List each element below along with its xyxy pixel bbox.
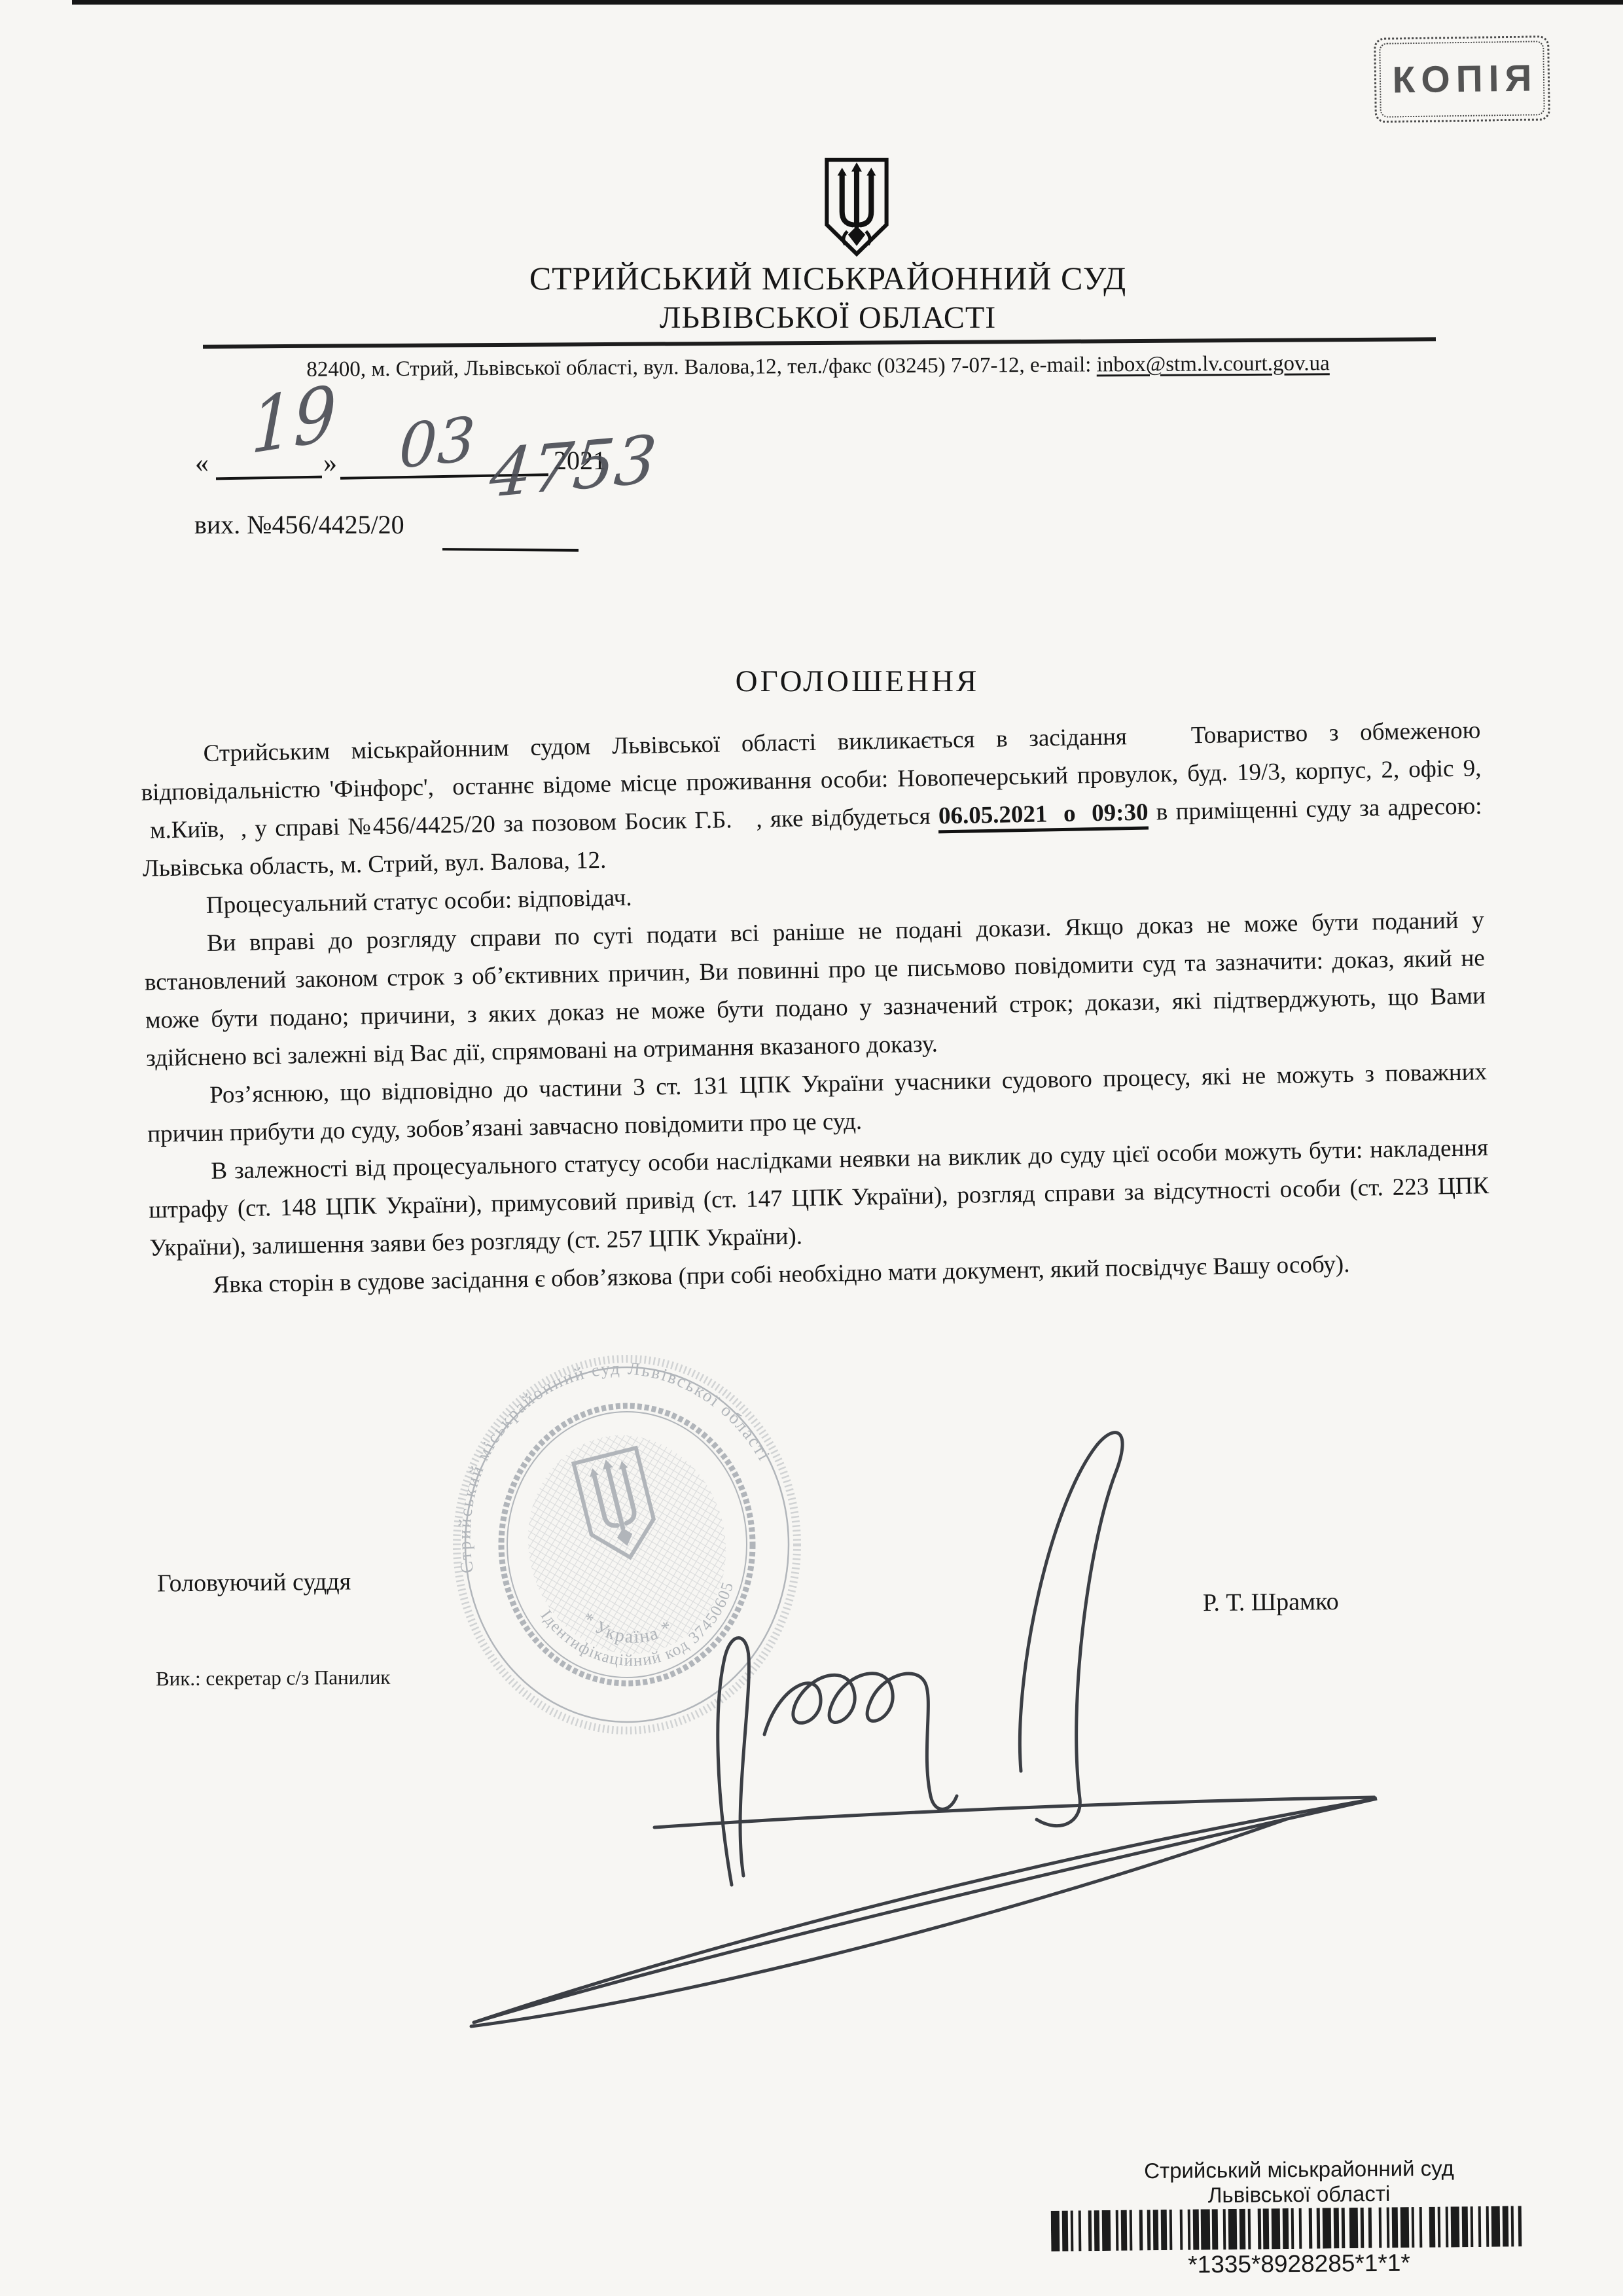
copy-stamp: КОПІЯ — [1374, 35, 1550, 123]
hearing-datetime: 06.05.2021 о 09:30 — [938, 799, 1149, 834]
footer-court-name: Стрийський міськрайонний суд — [1096, 2155, 1502, 2183]
handwritten-month: 03 — [398, 404, 476, 482]
court-name-line2: ЛЬВІВСЬКОЇ ОБЛАСТІ — [471, 300, 1185, 336]
document-title: ОГОЛОШЕННЯ — [720, 664, 995, 699]
court-round-seal: Стрийський міськрайонний суд Львівської … — [429, 1335, 825, 1754]
ukraine-trident-emblem-icon — [818, 157, 895, 257]
paragraph-evidence: Ви вправі до розгляду справи по суті под… — [143, 901, 1486, 1077]
summons-text-start: Стрийським міськрайонним судом Львівсько… — [141, 717, 1481, 844]
scanner-edge-artifact — [72, 0, 1623, 5]
document-barcode — [1051, 2206, 1534, 2251]
clerk-line: Вик.: секретар с/з Панилик — [156, 1666, 391, 1691]
court-address-line: 82400, м. Стрий, Львівської області, вул… — [170, 351, 1466, 383]
court-email: inbox@stm.lv.court.gov.ua — [1097, 351, 1330, 376]
footer-court-region: Львівської області — [1096, 2180, 1502, 2208]
quote-close: » — [323, 448, 337, 479]
number-blank-line — [442, 548, 579, 552]
outgoing-number-label: вих. №456/4425/20 — [194, 509, 404, 540]
document-body: Стрийським міськрайонним судом Львівсько… — [140, 711, 1491, 1305]
handwritten-registration-number: 4753 — [487, 420, 660, 512]
paragraph-summons: Стрийським міськрайонним судом Львівсько… — [140, 711, 1483, 888]
barcode-label: *1335*8928285*1*1* — [1096, 2248, 1502, 2279]
judge-name: Р. Т. Шрамко — [1203, 1587, 1339, 1617]
date-blank-line-day — [216, 476, 322, 480]
address-text: 82400, м. Стрий, Львівської області, вул… — [306, 353, 1097, 381]
copy-stamp-label: КОПІЯ — [1386, 56, 1538, 101]
quote-open: « — [195, 448, 209, 479]
header-divider — [203, 337, 1436, 349]
scanned-court-document: КОПІЯ СТРИЙСЬКИЙ МІСЬКРАЙОННИЙ СУД ЛЬВІВ… — [0, 0, 1623, 2296]
judge-role-label: Головуючий суддя — [157, 1567, 351, 1598]
court-name-line1: СТРИЙСЬКИЙ МІСЬКРАЙОННИЙ СУД — [471, 259, 1185, 297]
